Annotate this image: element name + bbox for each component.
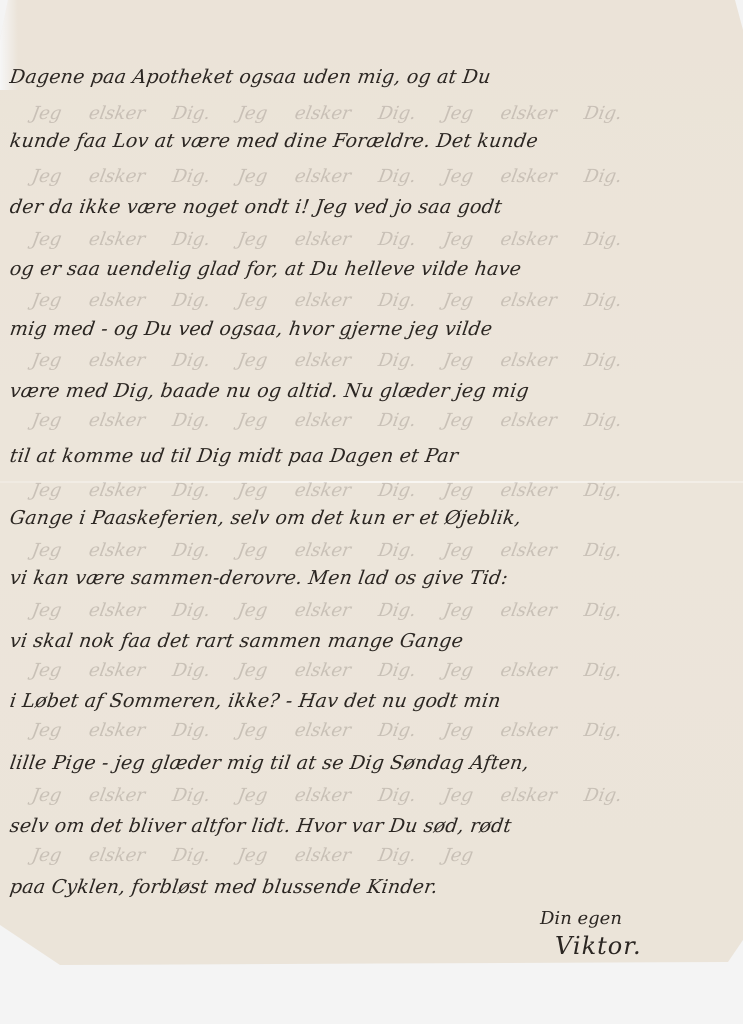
letter-line: Gange i Paaskeferien, selv om det kun er… — [8, 507, 736, 529]
letter-signature: Viktor. — [555, 932, 642, 960]
letter-line: selv om det bliver altfor lidt. Hvor var… — [8, 815, 736, 837]
letter-line: vi skal nok faa det rart sammen mange Ga… — [8, 630, 736, 652]
letter-body: Dagene paa Apotheket ogsaa uden mig, og … — [0, 0, 743, 965]
letter-line: i Løbet af Sommeren, ikke? - Hav det nu … — [8, 690, 736, 712]
letter-closing: Din egen — [540, 908, 622, 929]
letter-line: mig med - og Du ved ogsaa, hvor gjerne j… — [8, 318, 736, 340]
letter-line: vi kan være sammen-derovre. Men lad os g… — [8, 567, 736, 589]
letter-line: og er saa uendelig glad for, at Du helle… — [8, 258, 736, 280]
letter-line: lille Pige - jeg glæder mig til at se Di… — [8, 752, 736, 774]
letter-paper: Jeg elsker Dig. Jeg elsker Dig. Jeg elsk… — [0, 0, 743, 965]
letter-line: være med Dig, baade nu og altid. Nu glæd… — [8, 380, 736, 402]
letter-line: der da ikke være noget ondt i! Jeg ved j… — [8, 196, 736, 218]
letter-line: paa Cyklen, forbløst med blussende Kinde… — [8, 876, 736, 898]
letter-line: Dagene paa Apotheket ogsaa uden mig, og … — [8, 66, 736, 88]
letter-line: kunde faa Lov at være med dine Forældre.… — [8, 130, 736, 152]
letter-line: til at komme ud til Dig midt paa Dagen e… — [8, 445, 736, 467]
